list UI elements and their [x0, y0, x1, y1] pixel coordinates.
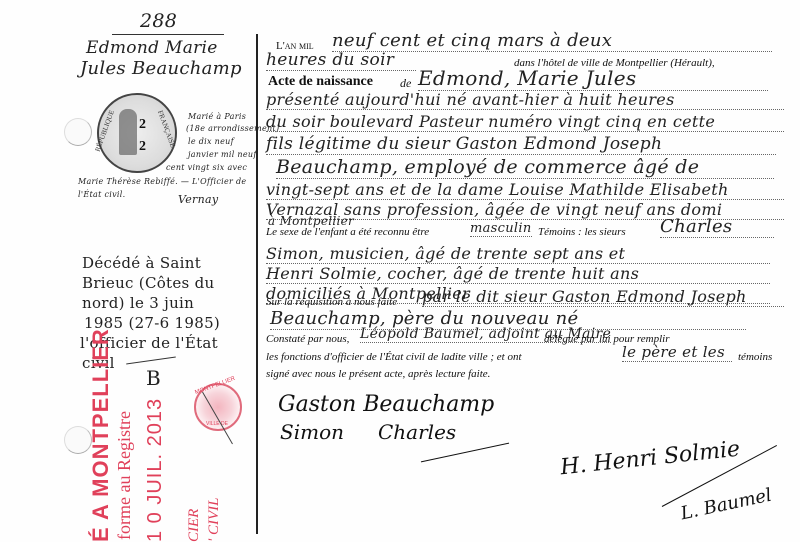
body-hand-line-1: présenté aujourd'hui né avant-hier à hui…: [266, 90, 784, 110]
republique-francaise-seal: RÉPUBLIQUE FRANÇAISE 2 2: [97, 93, 177, 173]
sexe-label: Le sexe de l'enfant a été reconnu être: [266, 226, 429, 238]
stamp-civil-line: ' CIVIL: [206, 498, 223, 542]
document-page: 288 Edmond Marie Jules Beauchamp RÉPUBLI…: [0, 0, 800, 542]
acte-hand-name: Edmond, Marie Jules: [418, 66, 768, 91]
sexe-hand: masculin: [470, 221, 532, 237]
stamp-officier-line: CIER: [186, 509, 203, 542]
body-hand-line-5: vingt-sept ans et de la dame Louise Math…: [266, 180, 784, 200]
stamp-date: 1 0 JUIL. 2013: [144, 398, 167, 542]
temoins-line-1: Simon, musicien, âgé de trente sept ans …: [266, 244, 770, 264]
temoins-label: Témoins : les sieurs: [538, 226, 626, 238]
temoins-line-2: Henri Solmie, cocher, âgé de trente huit…: [266, 264, 770, 284]
signature-witness-1: Simon: [280, 420, 344, 444]
requisition-hand: par le dit sieur Gaston Edmond Joseph: [422, 287, 784, 307]
fonctions-tail: témoins: [738, 351, 772, 363]
margin-divider-line: [256, 34, 258, 534]
constate-label: Constaté par nous,: [266, 333, 349, 345]
round-stamp-text-top: MONTPELLIER: [194, 376, 236, 396]
requisition-label: Sur la réquisition à nous faite: [266, 296, 397, 308]
body-hand-line-4: Beauchamp, employé de commerce âgé de: [276, 156, 774, 179]
fonctions-line: les fonctions d'officier de l'État civil…: [266, 351, 522, 363]
seal-left-text: RÉPUBLIQUE: [94, 109, 116, 153]
margin-subject-name-1: Edmond Marie: [86, 38, 218, 58]
marriage-note-signature: Vernay: [178, 193, 218, 206]
register-underline: [112, 34, 224, 35]
register-number: 288: [140, 10, 177, 32]
stamp-city-line: É A MONTPELLIER: [88, 328, 114, 542]
round-stamp-text-bottom: VILLE DE: [206, 421, 228, 427]
stamp-conforme-line: forme au Registre: [114, 411, 135, 540]
ville-montpellier-round-stamp: MONTPELLIER VILLE DE: [194, 383, 242, 431]
fonctions-hand: le père et les: [622, 343, 732, 362]
line2-hand: heures du soir: [266, 50, 416, 71]
seal-right-text: FRANÇAISE: [156, 109, 177, 148]
line1-hand: neuf cent et cinq mars à deux: [332, 30, 772, 52]
signature-father: Gaston Beauchamp: [278, 392, 494, 417]
signature-witness-2: Charles: [378, 420, 456, 444]
margin-subject-name-2: Jules Beauchamp: [80, 58, 242, 79]
death-note-flourish: [126, 357, 176, 365]
signature-officer: L. Baumel: [679, 485, 774, 525]
seal-figure-icon: [119, 109, 137, 155]
acte-de: de: [400, 76, 411, 91]
acte-label: Acte de naissance: [268, 74, 373, 90]
seal-value-2: 2: [139, 139, 146, 155]
seal-value: 2: [139, 117, 146, 133]
signature-witness-3: H. Henri Solmie: [559, 437, 741, 481]
punch-hole-top: [64, 118, 92, 146]
signature-flourish-1: [421, 443, 509, 463]
death-note-initial: B: [146, 366, 161, 390]
temoins-hand-first: Charles: [660, 216, 774, 238]
signe-line: signé avec nous le présent acte, après l…: [266, 368, 490, 380]
body-hand-line-2: du soir boulevard Pasteur numéro vingt c…: [266, 112, 784, 132]
body-hand-line-3: fils légitime du sieur Gaston Edmond Jos…: [266, 134, 776, 155]
